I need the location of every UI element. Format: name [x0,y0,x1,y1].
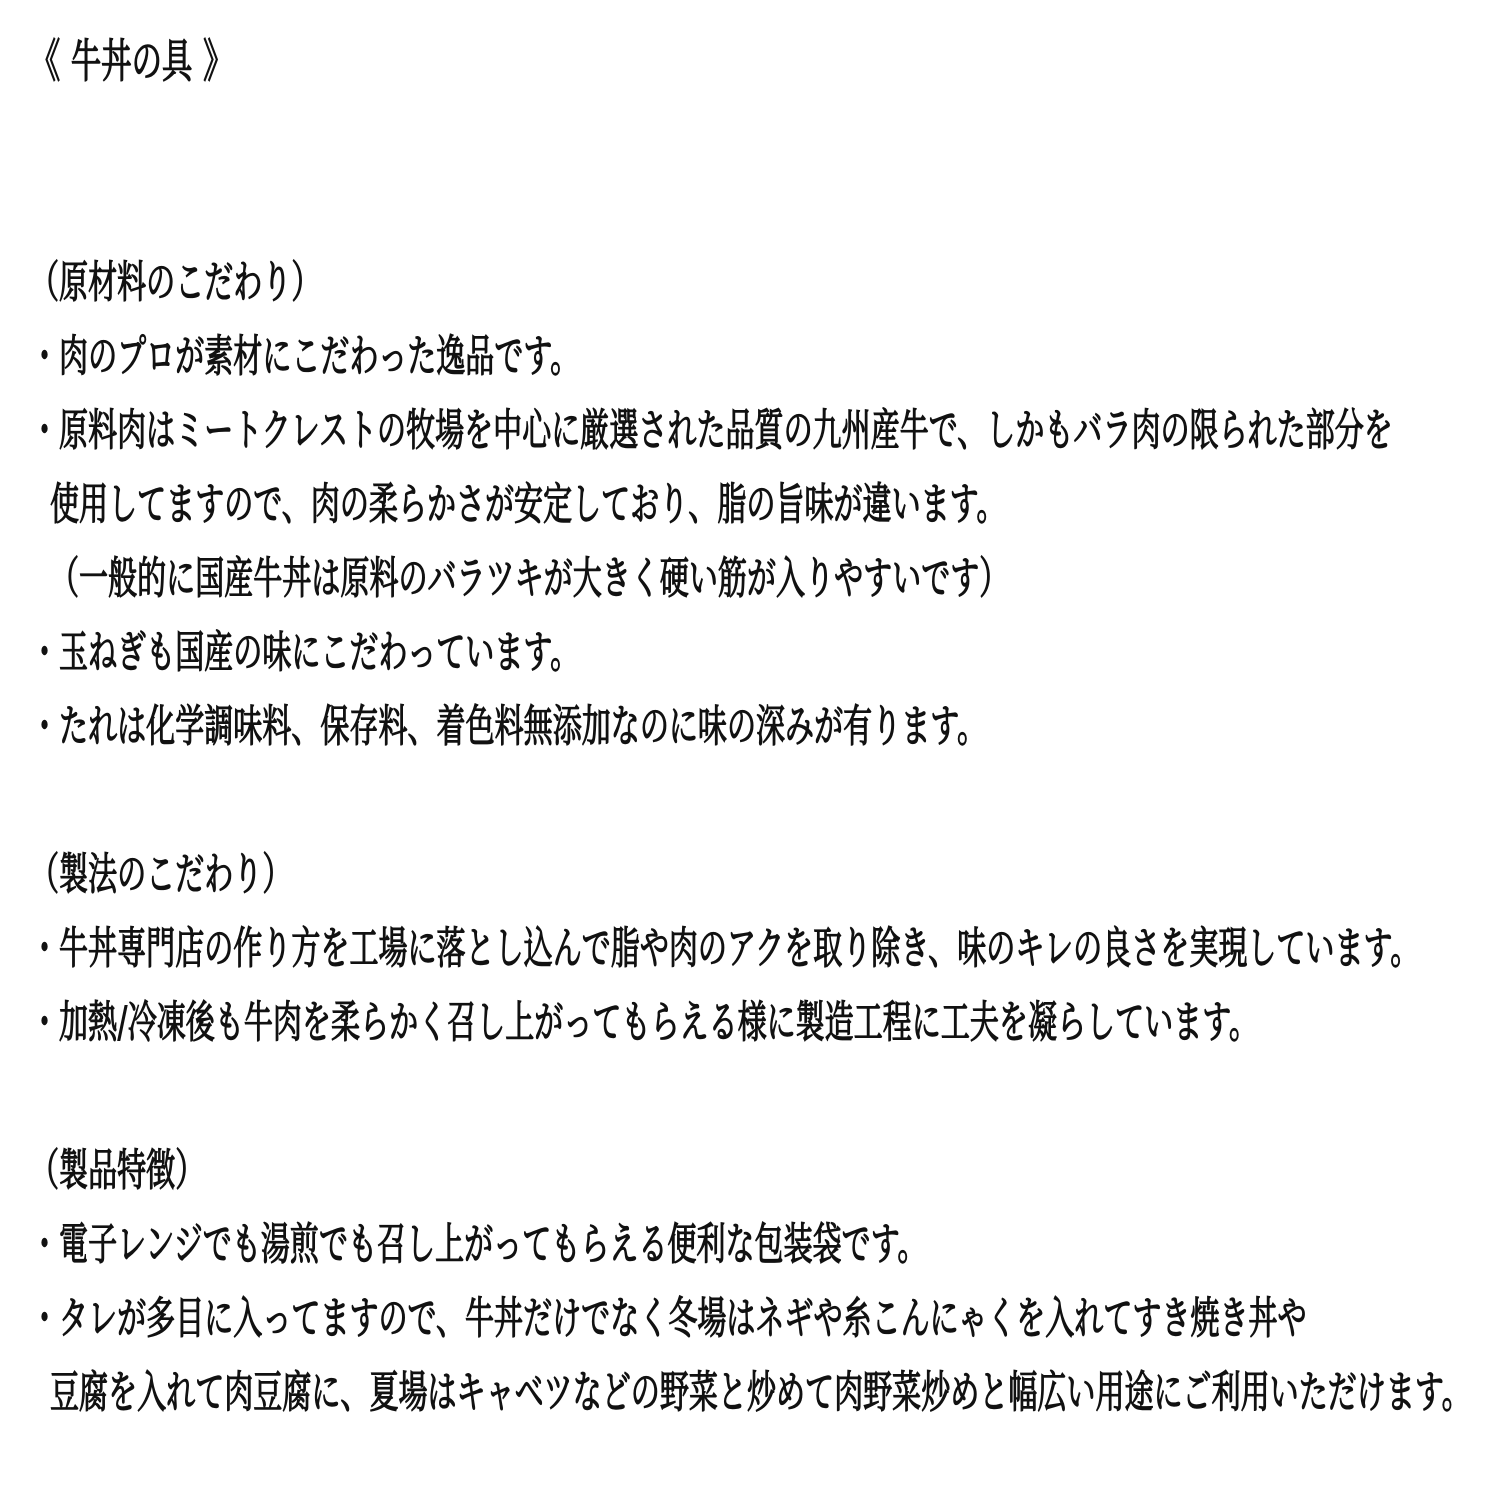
text-line: 使用してますので、肉の柔らかさが安定しており、脂の旨味が違います。 [50,468,1007,542]
text-line: ・タレが多目に入ってますので、牛丼だけでなく冬場はネギや糸こんにゃくを入れてすき… [30,1282,1000,1356]
section-ingredients: （原材料のこだわり） ・肉のプロが素材にこだわった逸品です。 ・原料肉はミートク… [30,246,1500,764]
text-line: ・肉のプロが素材にこだわった逸品です。 [30,320,1000,394]
text-line: ・牛丼専門店の作り方を工場に落とし込んで脂や肉のアクを取り除き、味のキレの良さを… [30,912,1000,986]
text-line: ・玉ねぎも国産の味にこだわっています。 [30,616,1000,690]
text-line: 豆腐を入れて肉豆腐に、夏場はキャベツなどの野菜と炒めて肉野菜炒めと幅広い用途にご… [50,1356,1007,1430]
text-line: ・電子レンジでも湯煎でも召し上がってもらえる便利な包装袋です。 [30,1208,1000,1282]
text-line: ・たれは化学調味料、保存料、着色料無添加なのに味の深みが有ります。 [30,690,1000,764]
section-product-features: （製品特徴） ・電子レンジでも湯煎でも召し上がってもらえる便利な包装袋です。 ・… [30,1134,1500,1430]
section-heading: （製品特徴） [30,1134,1000,1208]
section-heading: （製法のこだわり） [30,838,1000,912]
document-page: 《 牛丼の具 》 （原材料のこだわり） ・肉のプロが素材にこだわった逸品です。 … [0,0,1500,1500]
page-title: 《 牛丼の具 》 [30,24,1000,98]
section-production-method: （製法のこだわり） ・牛丼専門店の作り方を工場に落とし込んで脂や肉のアクを取り除… [30,838,1500,1060]
text-line: ・加熱/冷凍後も牛肉を柔らかく召し上がってもらえる様に製造工程に工夫を凝らしてい… [30,986,1000,1060]
text-line: ・原料肉はミートクレストの牧場を中心に厳選された品質の九州産牛で、しかもバラ肉の… [30,394,1000,468]
section-heading: （原材料のこだわり） [30,246,1000,320]
text-line: （一般的に国産牛丼は原料のバラツキが大きく硬い筋が入りやすいです） [50,542,1007,616]
